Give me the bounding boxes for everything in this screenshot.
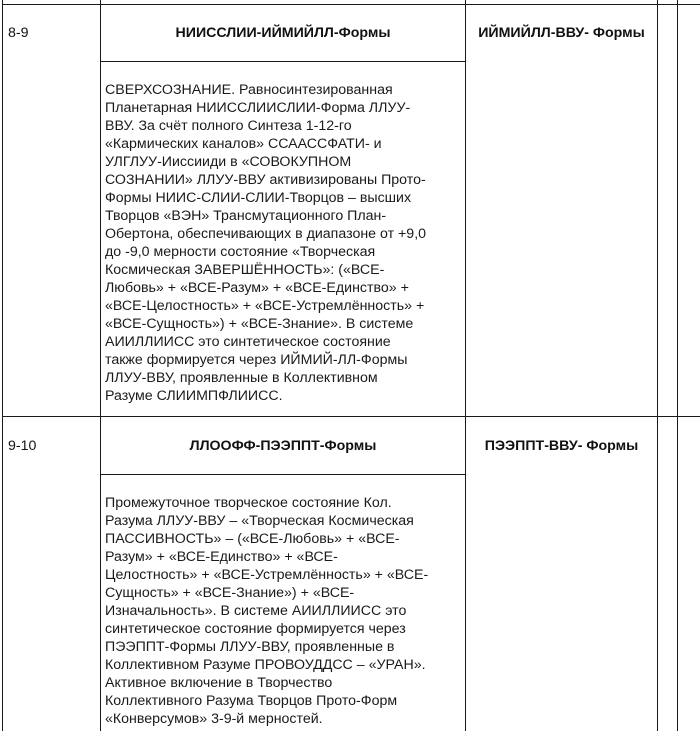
- row-range: 9-10: [8, 437, 36, 455]
- table-border-left: [2, 0, 3, 731]
- form-description: Промежуточное творческое состояние Кол. …: [105, 494, 465, 728]
- row-8-9-header-divider: [100, 61, 465, 62]
- form-title: ЛЛООФФ-ПЭЭППТ-Формы: [101, 437, 465, 455]
- form-title: НИИССЛИИ-ИЙМИЙЛЛ-Формы: [101, 24, 465, 42]
- row-9-10-header-divider: [100, 474, 465, 475]
- form-description: СВЕРХСОЗНАНИЕ. Равносинтезированная План…: [105, 81, 465, 405]
- column-divider-1: [100, 0, 101, 731]
- row-range: 8-9: [8, 24, 29, 42]
- vvu-form-title: ПЭЭППТ-ВВУ- Формы: [466, 437, 657, 455]
- column-divider-4: [677, 0, 678, 731]
- vvu-form-title: ИЙМИЙЛЛ-ВВУ- Формы: [466, 24, 657, 42]
- column-divider-2: [465, 0, 466, 731]
- column-divider-3: [657, 0, 658, 731]
- row-border-9-10: [2, 416, 700, 417]
- row-border-top: [2, 4, 700, 5]
